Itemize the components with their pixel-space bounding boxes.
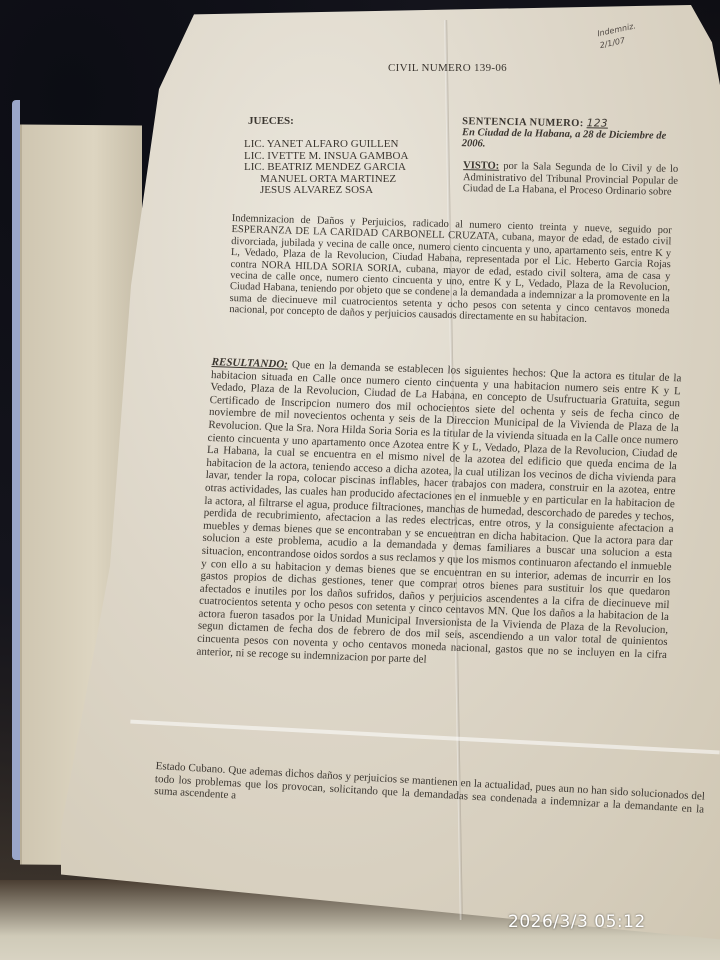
- sentence-place-date: En Ciudad de la Habana, a 28 de Diciembr…: [462, 127, 677, 153]
- visto-paragraph: VISTO: por la Sala Segunda de lo Civil y…: [463, 160, 679, 198]
- judges-heading: JUECES:: [248, 115, 294, 127]
- judge-name: LIC. BEATRIZ MENDEZ GARCIA: [244, 162, 408, 174]
- judge-name: LIC. YANET ALFARO GUILLEN: [244, 139, 408, 151]
- case-number: CIVIL NUMERO 139-06: [388, 62, 507, 74]
- sentence-header: SENTENCIA NUMERO: 123 En Ciudad de la Ha…: [462, 116, 678, 153]
- resultando-paragraph: RESULTANDO: Que en la demanda se estable…: [196, 356, 682, 674]
- camera-timestamp: 2026/3/3 05:12: [508, 912, 646, 932]
- judges-list: LIC. YANET ALFARO GUILLEN LIC. IVETTE M.…: [244, 139, 408, 197]
- visto-label: VISTO:: [463, 160, 499, 172]
- intro-paragraph: Indemnizacion de Daños y Perjuicios, rad…: [229, 213, 672, 328]
- continuation-paragraph: Estado Cubano. Que ademas dichos daños y…: [154, 760, 705, 828]
- judge-name: JESUS ALVAREZ SOSA: [244, 185, 408, 197]
- handwritten-annotation: Indemniz. 2/1/07: [596, 16, 660, 52]
- sentence-number: 123: [587, 117, 608, 129]
- document-content: CIVIL NUMERO 139-06 Indemniz. 2/1/07 JUE…: [0, 0, 720, 960]
- resultando-text: Que en la demanda se establecen los sigu…: [196, 359, 682, 666]
